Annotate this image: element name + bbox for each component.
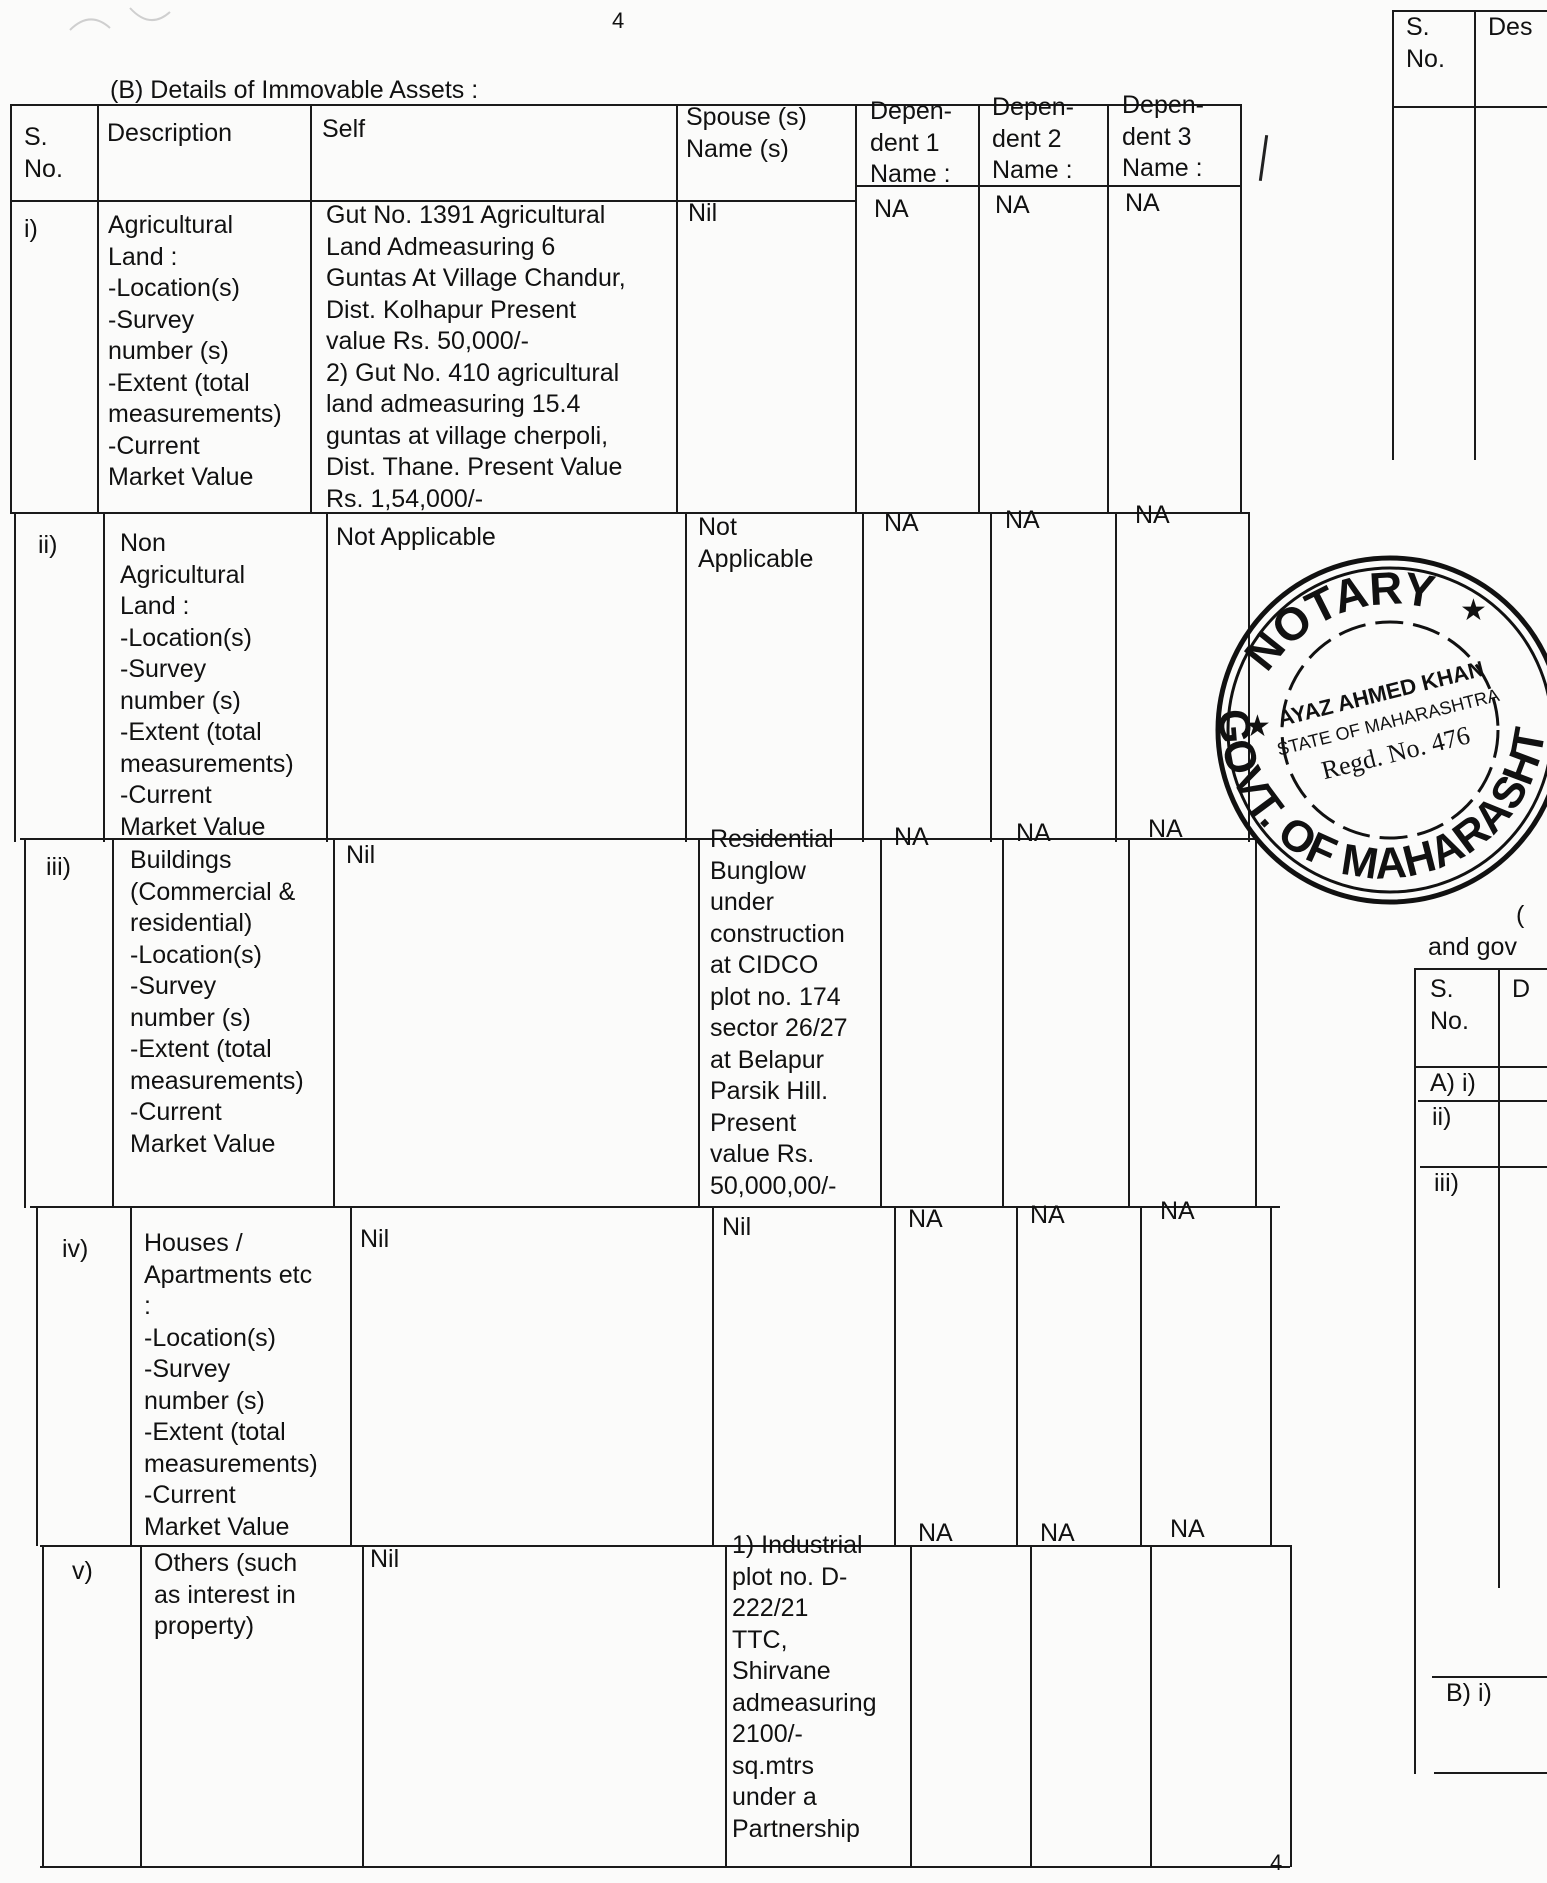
header-dependent-2: Depen- dent 2 Name : — [992, 92, 1074, 187]
row-dependent-1: NA — [884, 508, 919, 540]
row-sno: iii) — [46, 852, 71, 884]
adjacent-row: ii) — [1432, 1102, 1451, 1134]
star-icon: ★ — [1460, 594, 1487, 627]
header-description: Description — [107, 118, 232, 150]
page-number-bottom: 4 — [1270, 1850, 1282, 1876]
row-description: Non Agricultural Land : -Location(s) -Su… — [120, 528, 294, 843]
row-spouse: Not Applicable — [698, 512, 813, 575]
row-dependent-3: NA — [1125, 188, 1160, 220]
notary-stamp: NOTARY GOVT. OF MAHARASHTRA ★ ★ AYAZ AHM… — [1200, 540, 1547, 910]
row-description: Buildings (Commercial & residential) -Lo… — [130, 845, 304, 1160]
header-spouse: Spouse (s) Name (s) — [686, 102, 807, 165]
row-dependent-1: NA — [918, 1518, 953, 1550]
row-sno: v) — [72, 1556, 93, 1588]
row-dependent-2: NA — [995, 190, 1030, 222]
row-sno: iv) — [62, 1234, 88, 1266]
row-dependent-1: NA — [874, 194, 909, 226]
row-dependent-3: NA — [1135, 500, 1170, 532]
header-sno: S. No. — [24, 122, 63, 185]
svg-text:NOTARY: NOTARY — [1234, 561, 1439, 679]
header-dependent-1: Depen- dent 1 Name : — [870, 96, 952, 191]
adjacent-row: B) i) — [1446, 1678, 1492, 1710]
adjacent-subheader-desc: D — [1512, 974, 1530, 1006]
adjacent-header-description: Des — [1488, 12, 1532, 44]
adjacent-row: A) i) — [1430, 1068, 1476, 1100]
row-spouse: 1) Industrial plot no. D- 222/21 TTC, Sh… — [732, 1530, 877, 1845]
row-spouse: Nil — [722, 1212, 751, 1244]
row-description: Houses / Apartments etc : -Location(s) -… — [144, 1228, 318, 1543]
row-dependent-3: NA — [1148, 814, 1183, 846]
row-dependent-1: NA — [894, 822, 929, 854]
row-dependent-2: NA — [1016, 818, 1051, 850]
row-sno: ii) — [38, 530, 57, 562]
row-dependent-1: NA — [908, 1204, 943, 1236]
row-spouse: Nil — [688, 198, 717, 230]
row-dependent-2: NA — [1040, 1518, 1075, 1550]
row-self: Not Applicable — [336, 522, 496, 554]
adjacent-header-sno: S. No. — [1406, 12, 1445, 75]
row-dependent-3: NA — [1160, 1196, 1195, 1228]
row-self: Nil — [360, 1224, 389, 1256]
stamp-outer-top: NOTARY — [1234, 561, 1439, 679]
adjacent-subheader-sno: S. No. — [1430, 974, 1469, 1037]
pen-mark — [1259, 135, 1268, 181]
handwritten-scribble — [60, 0, 200, 40]
header-dependent-3: Depen- dent 3 Name : — [1122, 90, 1204, 185]
page-number-top: 4 — [612, 8, 624, 34]
row-description: Agricultural Land : -Location(s) -Survey… — [108, 210, 282, 494]
row-self: Nil — [370, 1544, 399, 1576]
row-dependent-3: NA — [1170, 1514, 1205, 1546]
row-description: Others (such as interest in property) — [154, 1548, 297, 1643]
row-dependent-2: NA — [1005, 505, 1040, 537]
row-self: Nil — [346, 840, 375, 872]
adjacent-row: iii) — [1434, 1168, 1459, 1200]
adjacent-subtitle: and gov — [1428, 932, 1517, 964]
row-self: Gut No. 1391 Agricultural Land Admeasuri… — [326, 200, 626, 515]
row-dependent-2: NA — [1030, 1200, 1065, 1232]
section-title: (B) Details of Immovable Assets : — [110, 76, 478, 105]
star-icon: ★ — [1244, 710, 1271, 743]
row-sno: i) — [24, 214, 38, 246]
header-self: Self — [322, 114, 365, 146]
row-spouse: Residential Bunglow under construction a… — [710, 824, 848, 1202]
